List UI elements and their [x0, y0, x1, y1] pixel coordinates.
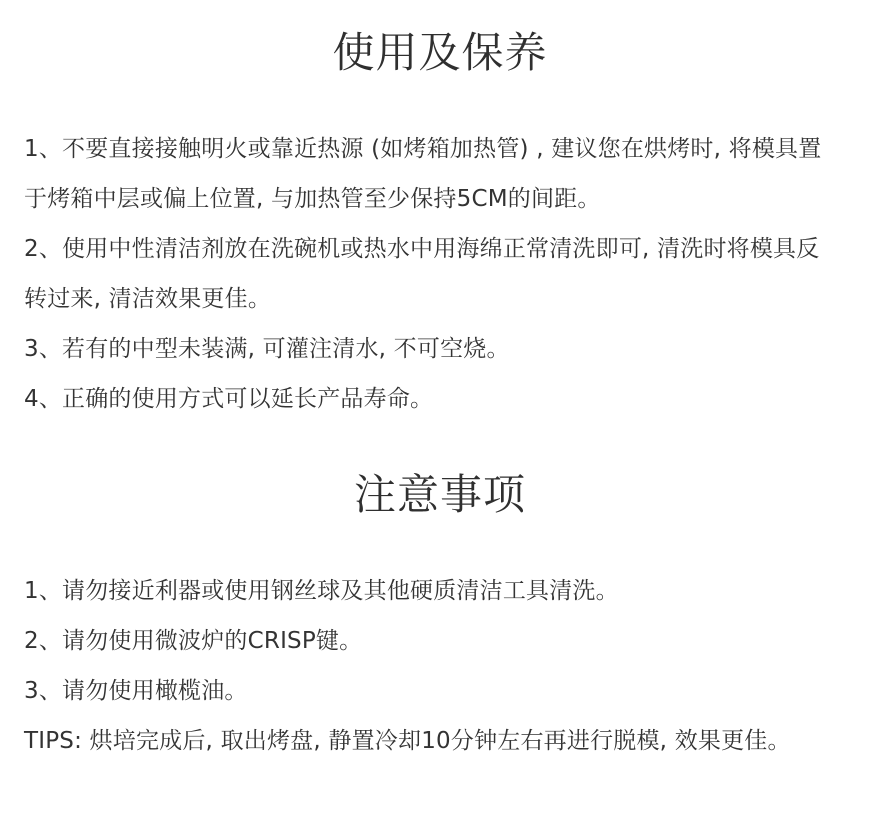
usage-care-line: 2、使用中性清洁剂放在洗碗机或热水中用海绵正常清洗即可, 清洗时将模具反 [24, 224, 864, 274]
section-title-usage-care: 使用及保养 [0, 28, 880, 78]
usage-care-line: 4、正确的使用方式可以延长产品寿命。 [24, 374, 864, 424]
usage-care-line: 于烤箱中层或偏上位置, 与加热管至少保持5CM的间距。 [24, 174, 864, 224]
usage-care-line: 1、不要直接接触明火或靠近热源 (如烤箱加热管) , 建议您在烘烤时, 将模具置 [24, 124, 864, 174]
usage-care-line: 3、若有的中型未装满, 可灌注清水, 不可空烧。 [24, 324, 864, 374]
usage-care-list: 1、不要直接接触明火或靠近热源 (如烤箱加热管) , 建议您在烘烤时, 将模具置… [24, 124, 864, 424]
usage-care-line: 转过来, 清洁效果更佳。 [24, 274, 864, 324]
precautions-list: 1、请勿接近利器或使用钢丝球及其他硬质清洁工具清洗。 2、请勿使用微波炉的CRI… [24, 566, 864, 766]
precaution-line: 3、请勿使用橄榄油。 [24, 666, 864, 716]
precaution-line: 2、请勿使用微波炉的CRISP键。 [24, 616, 864, 666]
tips-line: TIPS: 烘培完成后, 取出烤盘, 静置冷却10分钟左右再进行脱模, 效果更佳… [24, 716, 864, 766]
precaution-line: 1、请勿接近利器或使用钢丝球及其他硬质清洁工具清洗。 [24, 566, 864, 616]
section-title-precautions: 注意事项 [0, 470, 880, 520]
